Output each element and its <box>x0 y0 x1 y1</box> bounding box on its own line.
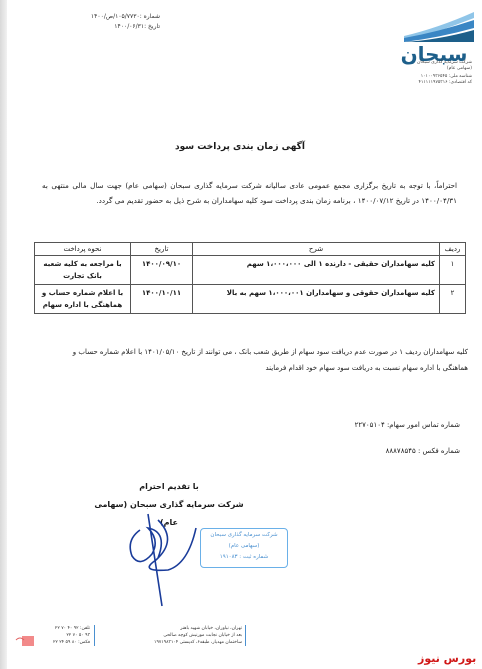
footer-phone-2: ۹۳ ۵۰ ۷۰ ۲۲ <box>30 632 90 639</box>
watermark-brand: بورس نیوز <box>418 652 476 665</box>
cell-row-number: ۱ <box>440 256 466 285</box>
signature-icon <box>118 510 198 610</box>
stamp-type: (سهامی عام) <box>201 541 287 552</box>
cell-description: کلیه سهامداران حقیقی - دارنده ۱ الی ۱،۰۰… <box>193 256 440 285</box>
header-date: تاریخ <box>131 243 193 256</box>
shareholder-phone: شماره تماس امور سهام: ۲۲۷۰۵۱۰۴ <box>220 420 460 446</box>
company-name-small: شرکت سرمایه گذاری سبحان (سهامی عام) <box>398 60 472 72</box>
page-title: آگهی زمان بندی پرداخت سود <box>150 142 330 152</box>
footer-address-line: ساختمان مهدیار، طبقه۶، کدپستی ۱۹۷۱۹۸۳۱۰۴ <box>98 639 242 646</box>
closing-regards: با تقدیم احترام <box>84 478 254 496</box>
economic-code: کد اقتصادی: ۴۱۱۱۱۱۹۷۵۳۱۶ <box>398 80 472 86</box>
note-paragraph: کلیه سهامداران ردیف ۱ در صورت عدم دریافت… <box>58 344 468 376</box>
company-type-line: (سهامی عام) <box>398 66 472 72</box>
table-row: ۲ کلیه سهامداران حقوقی و سهامداران ۱،۰۰۰… <box>35 285 466 314</box>
header-description: شرح <box>193 243 440 256</box>
cell-date: ۱۴۰۰/۰۹/۱۰ <box>131 256 193 285</box>
header-payment-method: نحوه پرداخت <box>35 243 131 256</box>
stamp-company: شرکت سرمایه گذاری سبحان <box>201 530 287 541</box>
footer-fax: فکس: ۸۰ ۵۹ ۲۴ ۲۲ <box>30 639 90 646</box>
footer-address-line: بعد از خیابان نجابت مورنیش کوچه صالحی <box>98 632 242 639</box>
intro-paragraph: احتراماً، با توجه به تاریخ برگزاری مجمع … <box>42 178 457 208</box>
fax-number: شماره فکس : ۸۸۸۷۸۵۴۵ <box>220 446 460 472</box>
watermark-logo-icon <box>14 634 36 648</box>
footer-address: تهران، نیاوران، خیابان شهید باهنر بعد از… <box>94 625 246 646</box>
letterhead-footer: تلفن: ۹۲ ۴۰ ۷۰ ۲۲ ۹۳ ۵۰ ۷۰ ۲۲ فکس: ۸۰ ۵۹… <box>30 625 220 655</box>
logo-waves-icon <box>398 8 478 44</box>
page-edge-shadow <box>0 0 7 669</box>
letter-date: تاریخ :۱۴۰۰/۰۶/۳۱ <box>70 22 160 32</box>
payment-schedule-table: ردیف شرح تاریخ نحوه پرداخت ۱ کلیه سهامدا… <box>34 242 466 314</box>
footer-address-line: تهران، نیاوران، خیابان شهید باهنر <box>98 625 242 632</box>
company-identifiers: شناسه ملی: ۱۰۱۰۰۹۳۶۵۴۵ کد اقتصادی: ۴۱۱۱۱… <box>398 74 472 86</box>
header-row-number: ردیف <box>440 243 466 256</box>
cell-description: کلیه سهامداران حقوقی و سهامداران ۱،۰۰۰،۰… <box>193 285 440 314</box>
company-stamp: شرکت سرمایه گذاری سبحان (سهامی عام) شمار… <box>200 528 288 568</box>
cell-date: ۱۴۰۰/۱۰/۱۱ <box>131 285 193 314</box>
cell-payment-method: با اعلام شماره حساب و هماهنگی با اداره س… <box>35 285 131 314</box>
letter-number: شماره :۱۰۵/۷۷۳۰/ص/۱۴۰۰ <box>70 12 160 22</box>
footer-phone: تلفن: ۹۲ ۴۰ ۷۰ ۲۲ <box>30 625 90 632</box>
footer-phones: تلفن: ۹۲ ۴۰ ۷۰ ۲۲ ۹۳ ۵۰ ۷۰ ۲۲ فکس: ۸۰ ۵۹… <box>30 625 90 646</box>
letter-reference: شماره :۱۰۵/۷۷۳۰/ص/۱۴۰۰ تاریخ :۱۴۰۰/۰۶/۳۱ <box>70 12 160 32</box>
table-row: ۱ کلیه سهامداران حقیقی - دارنده ۱ الی ۱،… <box>35 256 466 285</box>
stamp-registration: شماره ثبت : ۱۹۱۰۸۳ <box>201 552 287 563</box>
cell-row-number: ۲ <box>440 285 466 314</box>
table-header-row: ردیف شرح تاریخ نحوه پرداخت <box>35 243 466 256</box>
contact-info: شماره تماس امور سهام: ۲۲۷۰۵۱۰۴ شماره فکس… <box>220 420 460 472</box>
cell-payment-method: با مراجعه به کلیه شعبه بانک تجارت <box>35 256 131 285</box>
